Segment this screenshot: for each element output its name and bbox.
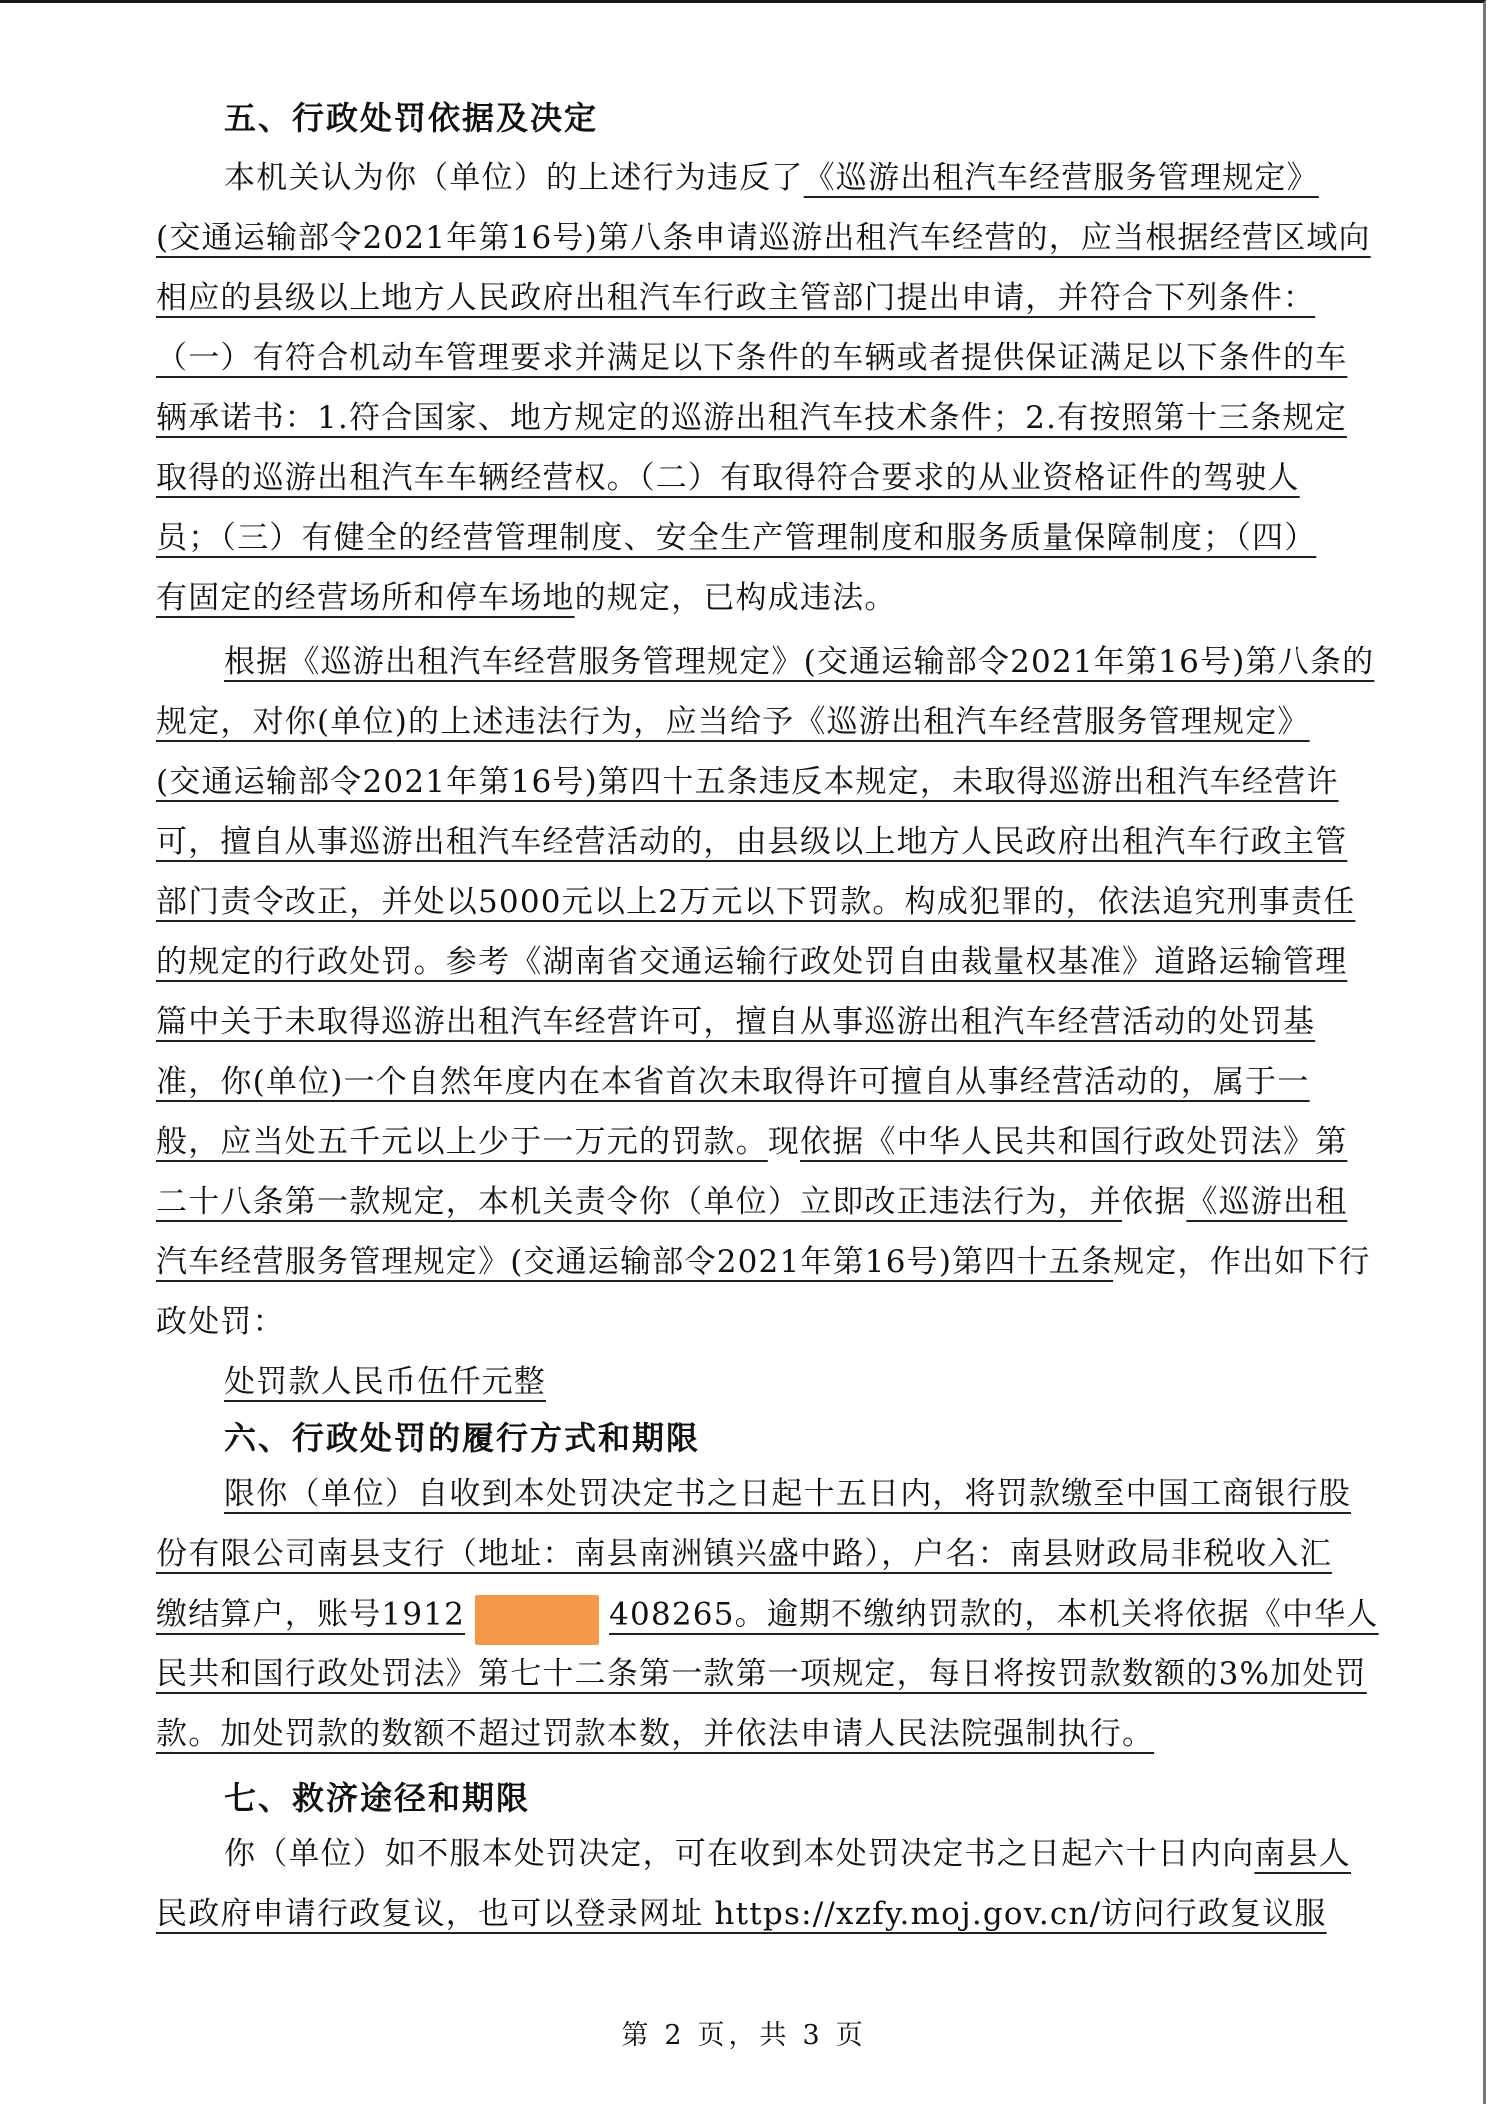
text: 你（单位）如不服本处罚决定，可在收到本处罚决定书之日起六十日内向 xyxy=(224,1836,1254,1872)
paragraph-line: 民政府申请行政复议，也可以登录网址 https://xzfy.moj.gov.c… xyxy=(156,1891,1406,1951)
account-number-prefix: 缴结算户，账号1912 xyxy=(156,1597,465,1633)
section-5-heading: 五、行政处罚依据及决定 xyxy=(224,95,598,141)
underlined-text: 处罚款人民币伍仟元整 xyxy=(224,1364,546,1400)
paragraph-line: 准，你(单位)一个自然年度内在本省首次未取得许可擅自从事经营活动的，属于一 xyxy=(156,1059,1406,1119)
underlined-text: 规定，对你(单位)的上述违法行为，应当给予 xyxy=(156,704,794,740)
page-number-footer: 第2页，共3页 xyxy=(0,2013,1488,2052)
underlined-text: 依据《中华人民共和国行政处罚法》第 xyxy=(800,1124,1347,1160)
paragraph-line: 辆承诺书：1.符合国家、地方规定的巡游出租汽车技术条件；2.有按照第十三条规定 xyxy=(156,395,1406,455)
paragraph-line: （一）有符合机动车管理要求并满足以下条件的车辆或者提供保证满足以下条件的车 xyxy=(156,335,1406,395)
penalty-decision: 处罚款人民币伍仟元整 xyxy=(224,1359,1406,1419)
paragraph-line: 款。加处罚款的数额不超过罚款本数，并依法申请人民法院强制执行。 xyxy=(156,1711,1406,1771)
paragraph-line: 般，应当处五千元以上少于一万元的罚款。现依据《中华人民共和国行政处罚法》第 xyxy=(156,1119,1406,1179)
underlined-text: 二十八条第一款规定，本机关责令你（单位）立即改正违法行为，并 xyxy=(156,1184,1122,1220)
underlined-text: 款。加处罚款的数额不超过罚款本数，并依法申请人民法院强制执行。 xyxy=(156,1716,1154,1752)
underlined-text: 《巡游出租汽车经营服务管理规定》 xyxy=(794,704,1309,740)
paragraph-line: 本机关认为你（单位）的上述行为违反了《巡游出租汽车经营服务管理规定》 xyxy=(224,155,1406,215)
paragraph-line: (交通运输部令2021年第16号)第八条申请巡游出租汽车经营的，应当根据经营区域… xyxy=(156,215,1406,275)
underlined-text: 篇中关于未取得巡游出租汽车经营许可，擅自从事巡游出租汽车经营活动的处罚基 xyxy=(156,1004,1315,1040)
redaction-box xyxy=(475,1595,599,1645)
paragraph-line: 份有限公司南县支行（地址：南县南洲镇兴盛中路），户名：南县财政局非税收入汇 xyxy=(156,1531,1406,1591)
footer-text: 第 xyxy=(621,2020,652,2051)
paragraph-line: (交通运输部令2021年第16号)第四十五条违反本规定，未取得巡游出租汽车经营许 xyxy=(156,759,1406,819)
paragraph-line: 的规定的行政处罚。参考《湖南省交通运输行政处罚自由裁量权基准》道路运输管理 xyxy=(156,939,1406,999)
paragraph-line: 二十八条第一款规定，本机关责令你（单位）立即改正违法行为，并依据《巡游出租 xyxy=(156,1179,1406,1239)
paragraph-line: 民共和国行政处罚法》第七十二条第一款第一项规定，每日将按罚款数额的3%加处罚 xyxy=(156,1651,1406,1711)
paragraph-line: 根据《巡游出租汽车经营服务管理规定》(交通运输部令2021年第16号)第八条的 xyxy=(224,639,1406,699)
paragraph-line: 员；（三）有健全的经营管理制度、安全生产管理制度和服务质量保障制度；（四） xyxy=(156,515,1406,575)
current-page: 2 xyxy=(664,2020,685,2051)
footer-text: 页 xyxy=(836,2020,867,2051)
section-7-heading: 七、救济途径和期限 xyxy=(224,1775,530,1821)
underlined-text: 《巡游出租 xyxy=(1186,1184,1347,1220)
paragraph-line: 你（单位）如不服本处罚决定，可在收到本处罚决定书之日起六十日内向南县人 xyxy=(224,1831,1406,1891)
total-pages: 3 xyxy=(803,2020,824,2051)
underlined-text: 相应的县级以上地方人民政府出租汽车行政主管部门提出申请，并符合下列条件： xyxy=(156,280,1315,316)
text: 本机关认为你（单位）的上述行为违反了 xyxy=(224,160,804,196)
underlined-text: 《巡游出租汽车经营服务管理规定》 xyxy=(804,160,1319,196)
document-page: 五、行政处罚依据及决定 本机关认为你（单位）的上述行为违反了《巡游出租汽车经营服… xyxy=(0,0,1486,2104)
paragraph-line: 篇中关于未取得巡游出租汽车经营许可，擅自从事巡游出租汽车经营活动的处罚基 xyxy=(156,999,1406,1059)
paragraph-line: 汽车经营服务管理规定》(交通运输部令2021年第16号)第四十五条规定，作出如下… xyxy=(156,1239,1406,1299)
paragraph-line: 取得的巡游出租汽车车辆经营权。（二）有取得符合要求的从业资格证件的驾驶人 xyxy=(156,455,1406,515)
paragraph-line: 部门责令改正，并处以5000元以上2万元以下罚款。构成犯罪的，依法追究刑事责任 xyxy=(156,879,1406,939)
paragraph-line: 限你（单位）自收到本处罚决定书之日起十五日内，将罚款缴至中国工商银行股 xyxy=(224,1471,1406,1531)
underlined-text: 取得的巡游出租汽车车辆经营权。（二）有取得符合要求的从业资格证件的驾驶人 xyxy=(156,460,1300,496)
footer-text: 页，共 xyxy=(698,2020,791,2051)
text: 规定，作出如下行 xyxy=(1113,1244,1371,1280)
underlined-text: 南县人 xyxy=(1254,1836,1351,1872)
text: 依据 xyxy=(1122,1184,1186,1220)
underlined-text: 汽车经营服务管理规定》(交通运输部令2021年第16号)第四十五条 xyxy=(156,1244,1113,1280)
paragraph-line: 相应的县级以上地方人民政府出租汽车行政主管部门提出申请，并符合下列条件： xyxy=(156,275,1406,335)
paragraph-line: 有固定的经营场所和停车场地的规定，已构成违法。 xyxy=(156,575,1406,635)
text: 408265。逾期不缴纳罚款的，本机关将依据《中华人 xyxy=(609,1597,1379,1633)
underlined-text: 般，应当处五千元以上少于一万元的罚款。 xyxy=(156,1124,768,1160)
underlined-text: 准，你(单位)一个自然年度内在本省首次未取得许可擅自从事经营活动的，属于一 xyxy=(156,1064,1310,1100)
underlined-text: 有固定的经营场所和停车场地 xyxy=(156,580,575,616)
paragraph-line: 缴结算户，账号1912408265。逾期不缴纳罚款的，本机关将依据《中华人 xyxy=(156,1591,1406,1651)
section-6-heading: 六、行政处罚的履行方式和期限 xyxy=(224,1415,700,1461)
text: 现 xyxy=(768,1124,800,1160)
paragraph-line: 规定，对你(单位)的上述违法行为，应当给予《巡游出租汽车经营服务管理规定》 xyxy=(156,699,1406,759)
underlined-text: (交通运输部令2021年第16号)第四十五条违反本规定，未取得巡游出租汽车经营许 xyxy=(156,764,1339,800)
paragraph-line: 政处罚： xyxy=(156,1299,1406,1359)
text: 的规定，已构成违法。 xyxy=(575,580,897,616)
paragraph-line: 可，擅自从事巡游出租汽车经营活动的，由县级以上地方人民政府出租汽车行政主管 xyxy=(156,819,1406,879)
